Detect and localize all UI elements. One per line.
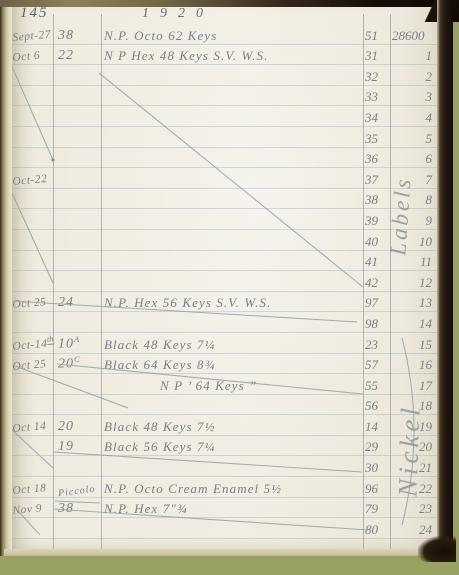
entry-stock-number: 55 bbox=[365, 378, 378, 394]
ledger-page: 145 1920 Sept-2738N.P. Octo 62 Keys51286… bbox=[12, 5, 437, 557]
entry-stock-number: 80 bbox=[365, 522, 378, 538]
entry-serial-number: 16 bbox=[392, 357, 432, 373]
entry-description: N.P. Hex 7″¾ bbox=[104, 501, 188, 517]
entry-serial-number: 20 bbox=[392, 439, 432, 455]
page-number: 145 bbox=[20, 5, 49, 22]
ledger-row: 19Black 56 Keys 7¼2920 bbox=[12, 436, 437, 457]
entry-serial-number: 21 bbox=[392, 460, 432, 476]
entry-date: Oct 14 bbox=[12, 420, 47, 435]
entry-serial-number: 13 bbox=[392, 295, 432, 311]
entry-serial-number: 15 bbox=[392, 337, 432, 353]
entry-serial-number: 18 bbox=[392, 398, 432, 414]
ledger-row: 399 bbox=[12, 209, 437, 230]
entry-stock-number: 33 bbox=[365, 89, 378, 105]
entry-stock-number: 96 bbox=[365, 481, 378, 497]
entry-stock-number: 30 bbox=[365, 460, 378, 476]
ledger-row: Oct 2524N.P. Hex 56 Keys S.V. W.S.9713 bbox=[12, 292, 437, 313]
ledger-row: 4111 bbox=[12, 251, 437, 272]
entry-description: Black 64 Keys 8¾ bbox=[104, 357, 215, 373]
entry-date: Oct-22 bbox=[12, 173, 48, 188]
entry-stock-number: 97 bbox=[365, 295, 378, 311]
entry-stock-number: 31 bbox=[365, 48, 378, 64]
ledger-row: 322 bbox=[12, 65, 437, 86]
entry-date: Sept-27 bbox=[12, 28, 52, 43]
entry-quantity: Piccolo bbox=[57, 483, 96, 498]
entry-stock-number: 56 bbox=[365, 398, 378, 414]
entry-serial-number: 5 bbox=[392, 131, 432, 147]
entry-serial-number: 10 bbox=[392, 234, 432, 250]
entry-serial-number: 7 bbox=[392, 172, 432, 188]
entry-quantity: 10A bbox=[58, 334, 79, 353]
entry-stock-number: 34 bbox=[365, 110, 378, 126]
entry-quantity: 19 bbox=[58, 439, 74, 455]
entry-description: N.P. Octo 62 Keys bbox=[104, 28, 217, 44]
entry-serial-number: 6 bbox=[392, 151, 432, 167]
ledger-row: 4212 bbox=[12, 271, 437, 292]
entry-serial-number: 19 bbox=[392, 419, 432, 435]
entry-quantity: 38 bbox=[58, 28, 74, 44]
entry-serial-number: 8 bbox=[392, 192, 432, 208]
entry-date: Oct 6 bbox=[12, 50, 41, 64]
entry-stock-number: 40 bbox=[365, 234, 378, 250]
entry-serial-number: 17 bbox=[392, 378, 432, 394]
ledger-row: 388 bbox=[12, 189, 437, 210]
entry-description: N P Hex 48 Keys S.V. W.S. bbox=[104, 48, 268, 64]
book-top-edge bbox=[0, 0, 459, 7]
ledger-row: 5618 bbox=[12, 395, 437, 416]
ledger-row: Oct-14th10ABlack 48 Keys 7¼2315 bbox=[12, 333, 437, 354]
ledger-row: Oct-22377 bbox=[12, 168, 437, 189]
entry-date: Oct 18 bbox=[12, 482, 47, 497]
ledger-row: 366 bbox=[12, 148, 437, 169]
ledger-row: Oct 1420Black 48 Keys 7½1419 bbox=[12, 415, 437, 436]
entry-date: Oct 25 bbox=[12, 358, 47, 373]
entry-stock-number: 32 bbox=[365, 69, 378, 85]
entry-serial-number: 1 bbox=[392, 48, 432, 64]
entry-serial-number: 23 bbox=[392, 501, 432, 517]
ledger-row: 9814 bbox=[12, 312, 437, 333]
book-right-edge bbox=[437, 0, 453, 562]
entry-description: N.P. Hex 56 Keys S.V. W.S. bbox=[104, 295, 271, 311]
ledger-row: 3021 bbox=[12, 456, 437, 477]
entry-serial-number: 9 bbox=[392, 213, 432, 229]
ledger-row: 8024 bbox=[12, 518, 437, 539]
entry-date: Oct 25 bbox=[12, 296, 47, 311]
entry-quantity: 22 bbox=[58, 48, 74, 64]
entry-stock-number: 98 bbox=[365, 316, 378, 332]
entry-stock-number: 37 bbox=[365, 172, 378, 188]
ledger-row: Nov 938N.P. Hex 7″¾7923 bbox=[12, 498, 437, 519]
ledger-row: 4010 bbox=[12, 230, 437, 251]
entry-serial-number: 14 bbox=[392, 316, 432, 332]
entry-serial-number: 22 bbox=[392, 481, 432, 497]
entry-stock-number: 29 bbox=[365, 439, 378, 455]
entry-stock-number: 38 bbox=[365, 192, 378, 208]
scan-bottom-border bbox=[0, 556, 459, 575]
entry-quantity: 20C bbox=[58, 354, 80, 373]
entry-stock-number: 42 bbox=[365, 275, 378, 291]
entry-description: Black 56 Keys 7¼ bbox=[104, 439, 215, 455]
ledger-row: Oct 2520CBlack 64 Keys 8¾5716 bbox=[12, 354, 437, 375]
entry-date: Nov 9 bbox=[12, 503, 43, 518]
ledger-row: 344 bbox=[12, 106, 437, 127]
entry-stock-number: 23 bbox=[365, 337, 378, 353]
entry-description: Black 48 Keys 7¼ bbox=[104, 337, 215, 353]
entry-serial-number: 12 bbox=[392, 275, 432, 291]
entry-quantity: 38 bbox=[58, 501, 74, 517]
entry-stock-number: 35 bbox=[365, 131, 378, 147]
entry-date: Oct-14th bbox=[12, 333, 55, 352]
ledger-row: Oct 622N P Hex 48 Keys S.V. W.S.311 bbox=[12, 45, 437, 66]
entry-stock-number: 41 bbox=[365, 254, 378, 270]
entry-stock-number: 36 bbox=[365, 151, 378, 167]
entry-serial-number: 11 bbox=[392, 254, 432, 270]
entry-serial-number: 2 bbox=[392, 69, 432, 85]
ledger-rows: Sept-2738N.P. Octo 62 Keys5128600Oct 622… bbox=[12, 24, 437, 575]
entry-description: Black 48 Keys 7½ bbox=[104, 419, 215, 435]
entry-stock-number: 14 bbox=[365, 419, 378, 435]
entry-stock-number: 79 bbox=[365, 501, 378, 517]
entry-quantity: 24 bbox=[58, 295, 74, 311]
book-left-edge bbox=[0, 0, 12, 575]
ledger-row: Oct 18PiccoloN.P. Octo Cream Enamel 5½96… bbox=[12, 477, 437, 498]
ledger-row: 333 bbox=[12, 86, 437, 107]
entry-serial-number: 3 bbox=[392, 89, 432, 105]
entry-quantity: 20 bbox=[58, 419, 74, 435]
entry-description: N.P. Octo Cream Enamel 5½ bbox=[104, 481, 282, 497]
ledger-row: 355 bbox=[12, 127, 437, 148]
entry-description: N P ’ 64 Keys ” bbox=[160, 378, 258, 394]
scanned-ledger-page: 145 1920 Sept-2738N.P. Octo 62 Keys51286… bbox=[0, 0, 459, 575]
year-heading: 1920 bbox=[142, 6, 214, 22]
entry-serial-number: 4 bbox=[392, 110, 432, 126]
ledger-row: N P ’ 64 Keys ”5517 bbox=[12, 374, 437, 395]
entry-stock-number: 51 bbox=[365, 28, 378, 44]
entry-stock-number: 57 bbox=[365, 357, 378, 373]
ledger-row: Sept-2738N.P. Octo 62 Keys5128600 bbox=[12, 24, 437, 45]
book-bottom-right-corner bbox=[418, 536, 456, 562]
entry-stock-number: 39 bbox=[365, 213, 378, 229]
